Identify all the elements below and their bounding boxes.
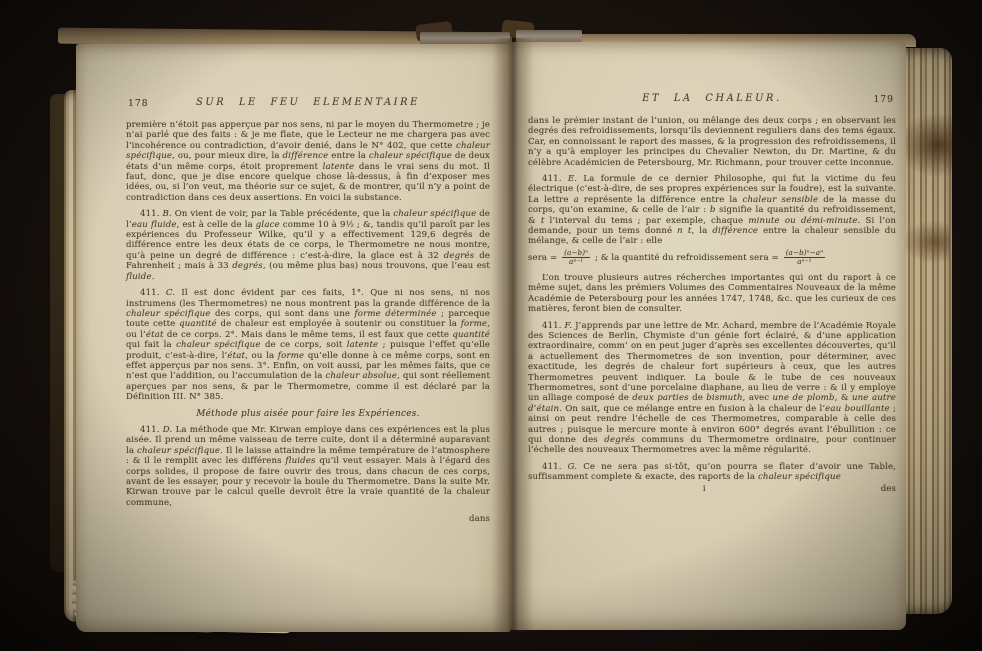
paragraph: 411. G. Ce ne sera pas si-tôt, qu’on pou… bbox=[528, 462, 896, 483]
right-page-header: ET LA CHALEUR. 179 bbox=[528, 94, 896, 109]
edge-stain bbox=[900, 220, 950, 264]
running-title: SUR LE FEU ELEMENTAIRE bbox=[126, 98, 490, 108]
fraction: (a−b)ⁿ−aⁿ aⁿ⁻¹ bbox=[784, 249, 826, 266]
right-page-text: ET LA CHALEUR. 179 dans le prémier insta… bbox=[528, 94, 896, 494]
page-number: 179 bbox=[873, 95, 894, 105]
left-page-text: 178 SUR LE FEU ELEMENTAIRE première n’ét… bbox=[126, 98, 490, 525]
paragraph: 411. D. La méthode que Mr. Kirwan employ… bbox=[126, 425, 490, 508]
fraction: (a−b)ⁿ aⁿ⁻¹ bbox=[562, 249, 590, 266]
fraction-denominator: aⁿ⁻¹ bbox=[562, 258, 590, 266]
running-title: ET LA CHALEUR. bbox=[528, 94, 896, 104]
paragraph: L’on trouve plusieurs autres récherches … bbox=[528, 273, 896, 315]
formula-line: sera = (a−b)ⁿ aⁿ⁻¹ ; & la quantité du re… bbox=[528, 249, 896, 267]
catchword: dans bbox=[126, 514, 490, 524]
section-heading: Méthode plus aisée pour faire les Expéri… bbox=[126, 409, 490, 419]
book-photograph: 178 SUR LE FEU ELEMENTAIRE première n’ét… bbox=[0, 0, 982, 651]
paragraph: dans le prémier instant de l’union, ou m… bbox=[528, 116, 896, 168]
paragraph: 411. E. La formule de ce dernier Philoso… bbox=[528, 174, 896, 247]
formula-middle-text: ; & la quantité du refroidissement sera … bbox=[595, 253, 779, 263]
catchline: i des bbox=[528, 484, 896, 494]
paragraph: 411. C. Il est donc évident par ces fait… bbox=[126, 288, 490, 402]
left-page-header: 178 SUR LE FEU ELEMENTAIRE bbox=[126, 98, 490, 113]
fraction-denominator: aⁿ⁻¹ bbox=[784, 258, 826, 266]
paragraph: 411. F. J’apprends par une lettre de Mr.… bbox=[528, 321, 896, 456]
paragraph: première n’étoit pas apperçue par nos se… bbox=[126, 120, 490, 203]
paragraph: 411. B. On vient de voir, par la Table p… bbox=[126, 209, 490, 282]
catchword: des bbox=[881, 484, 896, 494]
formula-prefix: sera = bbox=[528, 253, 557, 263]
signature-mark: i bbox=[528, 484, 881, 494]
page-number: 178 bbox=[128, 99, 149, 109]
